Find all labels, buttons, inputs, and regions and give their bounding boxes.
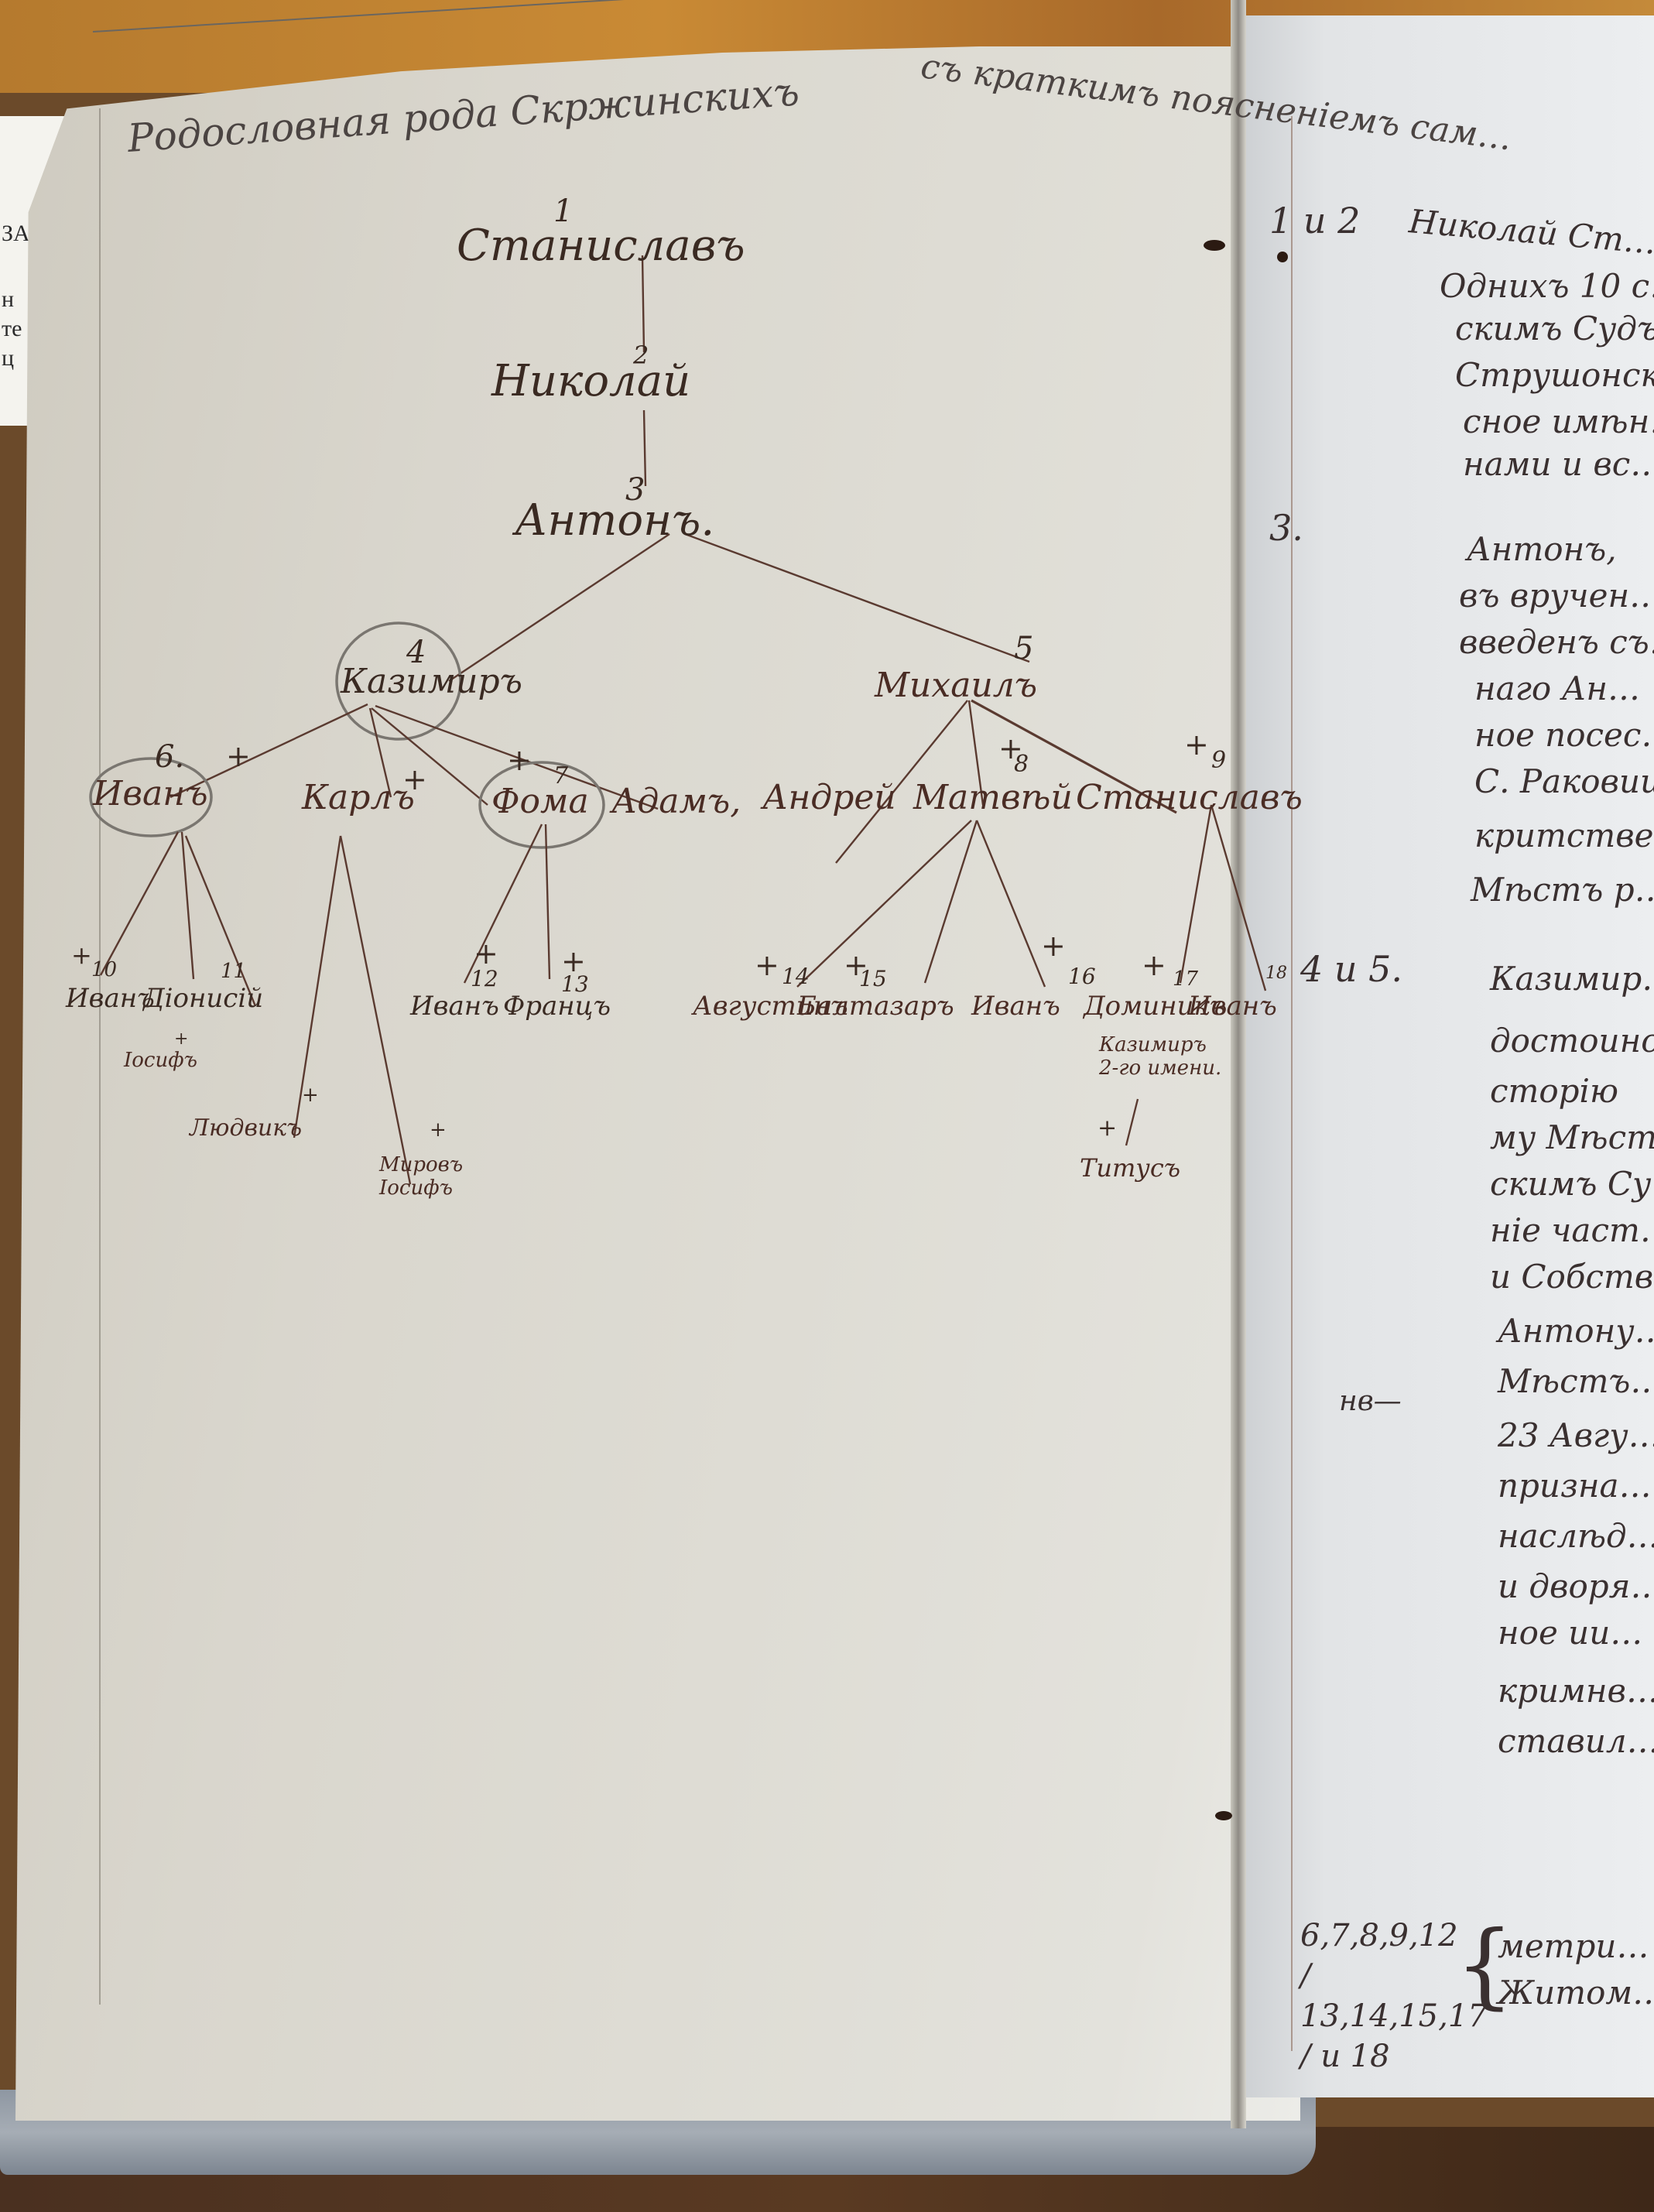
ink-spot <box>1277 252 1288 262</box>
note-line: призна… <box>1498 1467 1652 1505</box>
note-ref: 1 и 2 <box>1269 200 1360 241</box>
tree-node-kazimir-2nd: Казимиръ <box>1099 1033 1207 1056</box>
deceased-cross-icon: + <box>1142 948 1166 982</box>
node-number: 8 <box>1014 751 1029 778</box>
deceased-cross-icon: + <box>226 739 251 773</box>
note-line: Струшонск… <box>1455 356 1654 394</box>
deceased-cross-icon: + <box>507 743 532 777</box>
note-line: кримнв… <box>1498 1672 1654 1710</box>
node-number: 16 <box>1068 964 1096 989</box>
deceased-cross-icon: + <box>430 1118 447 1142</box>
node-number: 17 <box>1173 967 1198 991</box>
note-line: и дворя… <box>1498 1567 1654 1605</box>
ink-spot <box>1215 1811 1232 1820</box>
printed-fragment: ЗА <box>2 221 30 247</box>
tree-node-titus: Титусъ <box>1080 1153 1180 1183</box>
note-line: Житом… <box>1498 1974 1654 2012</box>
node-number: 12 <box>471 966 498 991</box>
tree-node-gen2: Николай <box>491 356 690 406</box>
note-line: метри… <box>1498 1927 1649 1965</box>
tree-node-mikhail: Михаилъ <box>875 666 1037 705</box>
deceased-cross-icon: + <box>755 948 779 982</box>
tree-node-ivan-6: Иванъ <box>93 774 208 813</box>
tree-node-baltazar: Балтазаръ <box>797 991 954 1022</box>
note-line: Антонъ, <box>1467 530 1617 568</box>
tree-node-karl: Карлъ <box>302 778 415 817</box>
margin-mark: нв— <box>1339 1385 1402 1417</box>
note-line: ставил… <box>1498 1722 1654 1760</box>
tree-node-matvei: Матвѣй <box>913 778 1073 817</box>
note-ref: 3. <box>1269 507 1303 549</box>
printed-fragment: н <box>2 286 14 313</box>
tree-node-dionisii: Діонисій <box>143 983 263 1014</box>
deceased-cross-icon: + <box>174 1029 188 1049</box>
note-line: Мѣстъ… <box>1498 1362 1654 1400</box>
tree-node-andrei: Андрей <box>762 778 896 817</box>
node-number: 5 <box>1014 631 1033 666</box>
note-line: ное посес… <box>1474 716 1654 754</box>
deceased-cross-icon: + <box>1184 728 1209 762</box>
node-number: 18 <box>1265 964 1287 983</box>
tree-node-kazimir: Казимиръ <box>341 662 522 701</box>
note-line: введенъ съ… <box>1459 623 1654 661</box>
tree-node-stanislav-9: Станиславъ <box>1076 778 1303 817</box>
tree-node-annotation: 2-го имени. <box>1099 1056 1221 1080</box>
note-line: въ вручен… <box>1459 577 1654 615</box>
tree-node-frants: Францъ <box>503 991 611 1022</box>
node-number: 10 <box>91 958 117 981</box>
note-line: С. Раковиц… <box>1474 762 1654 800</box>
note-ref: 6,7,8,9,12 / 13,14,15,17 / и 18 <box>1300 1916 1463 2077</box>
printed-fragment: те <box>2 316 22 342</box>
deceased-cross-icon: + <box>302 1084 319 1107</box>
ink-spot <box>1204 240 1225 251</box>
node-number: 14 <box>782 964 810 989</box>
tree-node-root: Станиславъ <box>457 221 745 271</box>
tree-node-ivan-10: Иванъ <box>66 983 155 1014</box>
note-line: и Собствен… <box>1490 1258 1654 1296</box>
note-line: ніе част… <box>1490 1211 1654 1249</box>
tree-node-ivan-16: Иванъ <box>971 991 1060 1022</box>
tree-node-iosif: Іосифъ <box>124 1049 197 1072</box>
note-ref: 4 и 5. <box>1300 948 1402 990</box>
note-line: крит­ствен… <box>1474 817 1654 854</box>
tree-node-ludvik: Людвикъ <box>190 1115 302 1142</box>
page-margin-line <box>99 108 101 2005</box>
deceased-cross-icon: + <box>1041 929 1066 963</box>
tree-node-adam: Адамъ, <box>611 782 741 821</box>
note-line: Казимир… <box>1490 960 1654 998</box>
node-number: 15 <box>859 966 887 991</box>
deceased-cross-icon: + <box>1098 1115 1117 1142</box>
tree-node-ivan-18: Иванъ <box>1188 991 1277 1022</box>
note-line: Мѣстъ р… <box>1471 871 1654 909</box>
tree-node-gen3: Антонъ. <box>515 495 714 546</box>
tree-node-mirov-iosif: Мировъ Іосифъ <box>379 1153 495 1200</box>
tree-node-foma: Фома <box>491 782 589 821</box>
note-line: сторію <box>1490 1072 1618 1110</box>
note-line: скимъ Судъ… <box>1455 310 1654 348</box>
note-line: Антону… <box>1498 1312 1654 1350</box>
note-line: скимъ Су… <box>1490 1165 1654 1203</box>
book-spine <box>1231 0 1246 2128</box>
tree-node-ivan-12: Иванъ <box>410 991 499 1022</box>
note-line: наго Ан… <box>1474 669 1640 707</box>
note-line: наслѣд… <box>1498 1517 1654 1555</box>
node-number: 9 <box>1211 747 1226 774</box>
printed-fragment: ц <box>2 345 14 372</box>
note-line: нами и вс… <box>1463 445 1654 483</box>
note-line: сное имѣн… <box>1463 402 1654 440</box>
node-number: 6. <box>155 739 184 775</box>
node-number: 11 <box>221 960 246 983</box>
deceased-cross-icon: + <box>71 940 92 970</box>
note-line: 23 Авгу… <box>1498 1416 1654 1454</box>
note-line: ное ии… <box>1498 1614 1642 1652</box>
note-line: Однихъ 10 с… <box>1440 267 1654 305</box>
note-line: му Мѣст… <box>1490 1118 1654 1156</box>
note-line: достоинст… <box>1490 1022 1654 1060</box>
notes-margin-line <box>1291 116 1293 2051</box>
